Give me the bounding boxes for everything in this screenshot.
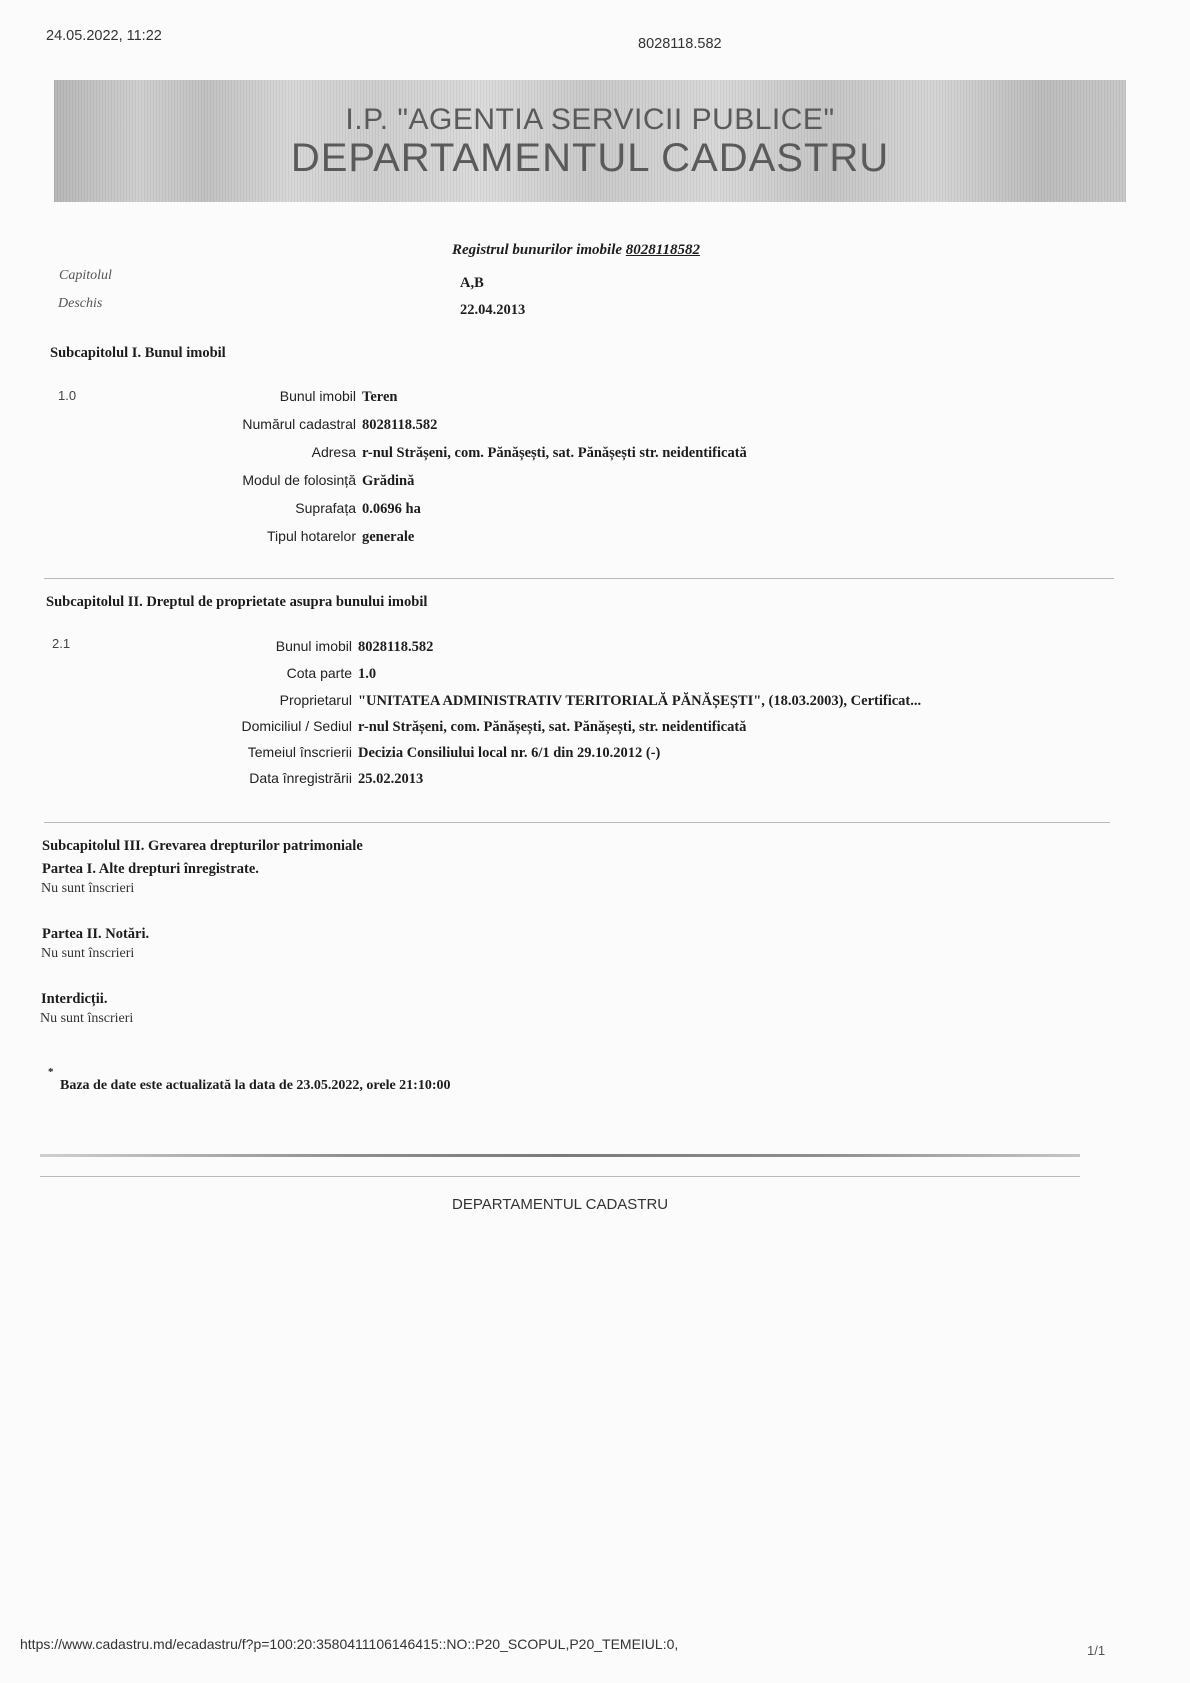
field-cota-parte: Cota parte 1.0 bbox=[62, 665, 376, 687]
field-label: Suprafața bbox=[66, 500, 362, 516]
field-value: 8028118.582 bbox=[358, 639, 433, 656]
subchapter-3-title: Subcapitolul III. Grevarea drepturilor p… bbox=[42, 838, 363, 855]
field-value: 8028118.582 bbox=[362, 417, 437, 434]
field-bunul-imobil: Bunul imobil Teren bbox=[66, 388, 397, 410]
field-value: 1.0 bbox=[358, 666, 376, 683]
chapter-value: A,B bbox=[460, 275, 484, 292]
field-value: Teren bbox=[362, 389, 397, 406]
field-value: 0.0696 ha bbox=[362, 501, 421, 518]
chapter-label: Capitolul bbox=[59, 268, 112, 284]
field-label: Modul de folosință bbox=[66, 472, 362, 488]
field-value: Decizia Consiliului local nr. 6/1 din 29… bbox=[358, 745, 660, 762]
part-1-title: Partea I. Alte drepturi înregistrate. bbox=[42, 861, 259, 878]
field-value: 25.02.2013 bbox=[358, 771, 423, 788]
registry-title-prefix: Registrul bunurilor imobile bbox=[452, 242, 622, 258]
field-bunul-imobil: Bunul imobil 8028118.582 bbox=[62, 638, 433, 660]
part-2-text: Nu sunt înscrieri bbox=[41, 946, 134, 962]
part-2-title: Partea II. Notări. bbox=[42, 926, 149, 943]
interdictii-text: Nu sunt înscrieri bbox=[40, 1011, 133, 1027]
subchapter-1-title: Subcapitolul I. Bunul imobil bbox=[50, 345, 226, 362]
interdictii-title: Interdicții. bbox=[41, 991, 107, 1008]
field-label: Proprietarul bbox=[62, 692, 358, 708]
field-adresa: Adresa r-nul Strășeni, com. Pănășești, s… bbox=[66, 444, 747, 466]
opened-label: Deschis bbox=[58, 296, 102, 312]
field-data-inregistrarii: Data înregistrării 25.02.2013 bbox=[62, 770, 423, 792]
print-datetime: 24.05.2022, 11:22 bbox=[46, 28, 162, 44]
field-value: r-nul Strășeni, com. Pănășești, sat. Păn… bbox=[362, 445, 747, 462]
footer-department: DEPARTAMENTUL CADASTRU bbox=[452, 1196, 668, 1213]
field-tipul-hotarelor: Tipul hotarelor generale bbox=[66, 528, 414, 550]
db-note-marker: * bbox=[48, 1066, 54, 1078]
agency-banner: I.P. "AGENTIA SERVICII PUBLICE" DEPARTAM… bbox=[54, 80, 1126, 202]
field-value: generale bbox=[362, 529, 414, 546]
field-label: Numărul cadastral bbox=[66, 416, 362, 432]
field-label: Data înregistrării bbox=[62, 770, 358, 786]
banner-agency-name: I.P. "AGENTIA SERVICII PUBLICE" bbox=[345, 103, 834, 137]
registry-number: 8028118582 bbox=[626, 242, 700, 258]
field-value: "UNITATEA ADMINISTRATIV TERITORIALĂ PĂNĂ… bbox=[358, 693, 921, 710]
banner-department-name: DEPARTAMENTUL CADASTRU bbox=[291, 137, 889, 179]
db-note-text: Baza de date este actualizată la data de… bbox=[60, 1078, 451, 1094]
opened-value: 22.04.2013 bbox=[460, 302, 525, 319]
footer-divider bbox=[40, 1154, 1080, 1157]
part-1-text: Nu sunt înscrieri bbox=[41, 881, 134, 897]
field-value: r-nul Strășeni, com. Pănășești, sat. Păn… bbox=[358, 719, 746, 736]
page-indicator: 1/1 bbox=[1087, 1643, 1105, 1658]
field-label: Bunul imobil bbox=[66, 388, 362, 404]
field-label: Adresa bbox=[66, 444, 362, 460]
field-label: Tipul hotarelor bbox=[66, 528, 362, 544]
field-modul-de-folosinta: Modul de folosință Grădină bbox=[66, 472, 414, 494]
registry-title: Registrul bunurilor imobile 8028118582 bbox=[452, 242, 700, 259]
footer-divider-thin bbox=[40, 1176, 1080, 1177]
field-domiciliul-sediul: Domiciliul / Sediul r-nul Strășeni, com.… bbox=[62, 718, 746, 740]
field-value: Grădină bbox=[362, 473, 414, 490]
subchapter-2-title: Subcapitolul II. Dreptul de proprietate … bbox=[46, 594, 427, 611]
field-numarul-cadastral: Numărul cadastral 8028118.582 bbox=[66, 416, 437, 438]
field-label: Cota parte bbox=[62, 665, 358, 681]
print-page-title: 8028118.582 bbox=[638, 36, 722, 52]
field-temeiul-inscrierii: Temeiul înscrierii Decizia Consiliului l… bbox=[62, 744, 660, 766]
field-suprafata: Suprafața 0.0696 ha bbox=[66, 500, 421, 522]
field-label: Domiciliul / Sediul bbox=[62, 718, 358, 734]
section-divider bbox=[44, 578, 1114, 579]
field-label: Bunul imobil bbox=[62, 638, 358, 654]
page-url[interactable]: https://www.cadastru.md/ecadastru/f?p=10… bbox=[20, 1636, 678, 1652]
field-proprietarul: Proprietarul "UNITATEA ADMINISTRATIV TER… bbox=[62, 692, 921, 714]
section-divider bbox=[44, 822, 1110, 823]
field-label: Temeiul înscrierii bbox=[62, 744, 358, 760]
